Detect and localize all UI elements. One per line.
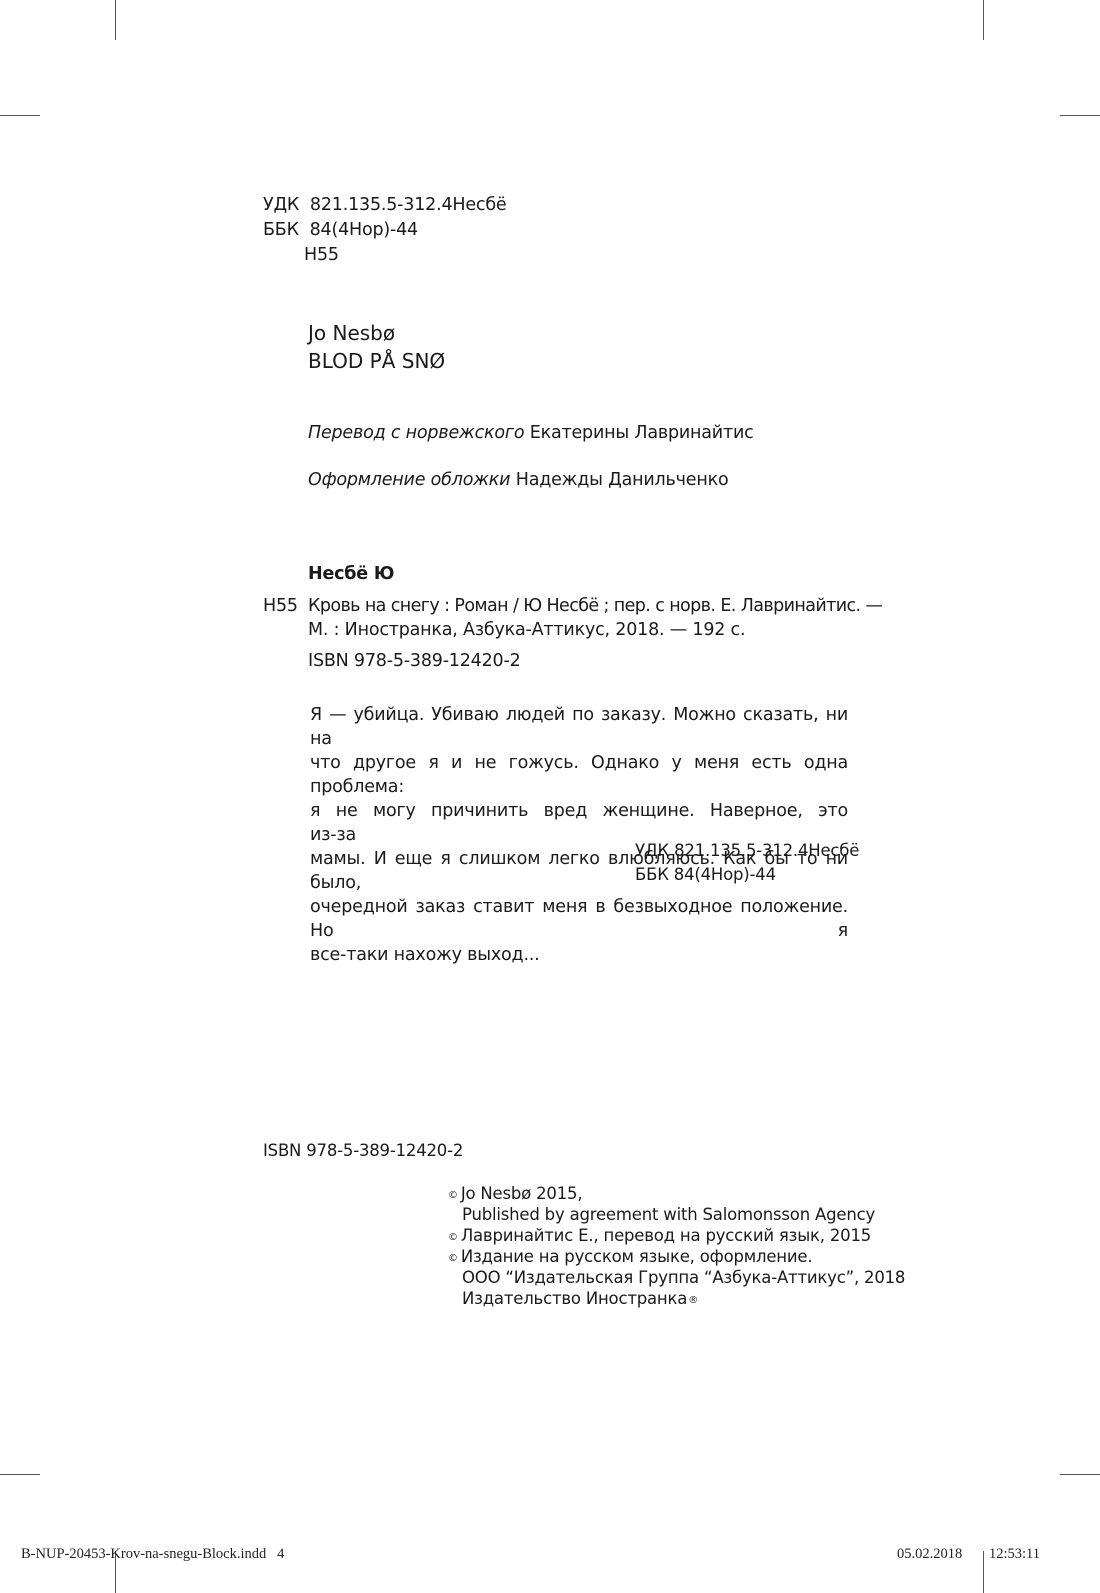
bbk-value: 84(4Нор)-44 xyxy=(310,220,418,240)
annotation-bbk: ББК 84(4Нор)-44 xyxy=(635,863,776,887)
annotation-line: очередной заказ ставит меня в безвыходно… xyxy=(310,895,848,943)
author-mark: Н55 xyxy=(304,243,339,267)
slug-file-name: -Krov-na-snegu-Block.indd xyxy=(106,1546,267,1562)
bbk-line: ББК 84(4Нор)-44 xyxy=(263,218,418,242)
slug-file-prefix: B-NUP-20453 xyxy=(21,1546,106,1562)
slug-file: B-NUP-20453-Krov-na-snegu-Block.indd 4 xyxy=(21,1546,284,1563)
annotation-line: все-таки нахожу выход... xyxy=(310,943,848,967)
bbk-label: ББК xyxy=(263,220,299,240)
catalog-line-1: Кровь на снегу : Роман / Ю Несбё ; пер. … xyxy=(308,594,882,618)
udk-value: 821.135.5-312.4Несбё xyxy=(310,195,507,215)
copyright-block: ©Jo Nesbø 2015, Published by agreement w… xyxy=(448,1183,905,1309)
copyright-publisher-imprint: Издательство Иностранка® xyxy=(448,1288,905,1309)
crop-mark-bottom-right-horizontal xyxy=(1060,1474,1100,1475)
original-author: Jo Nesbø xyxy=(308,319,395,347)
annotation: Я — убийца. Убиваю людей по заказу. Можн… xyxy=(310,703,848,967)
annotation-line: Я — убийца. Убиваю людей по заказу. Можн… xyxy=(310,703,848,751)
crop-mark-top-right-horizontal xyxy=(1060,115,1100,116)
copyright-entry-translation: ©Лавринайтис Е., перевод на русский язык… xyxy=(448,1225,905,1246)
isbn: ISBN 978-5-389-12420-2 xyxy=(263,1139,463,1163)
copyright-agency-line: Published by agreement with Salomonsson … xyxy=(448,1204,905,1225)
translation-label: Перевод с норвежского xyxy=(308,423,524,443)
crop-mark-top-left-vertical xyxy=(115,0,116,40)
copyright-symbol: © xyxy=(448,1190,458,1201)
copyright-symbol: © xyxy=(448,1253,458,1264)
copyright-entry-edition: ©Издание на русском языке, оформление. xyxy=(448,1246,905,1267)
udk-label: УДК xyxy=(263,195,299,215)
crop-mark-bottom-left-horizontal xyxy=(0,1474,40,1475)
udk-line: УДК 821.135.5-312.4Несбё xyxy=(263,193,507,217)
translation-credit: Перевод с норвежского Екатерины Лавринай… xyxy=(308,421,754,445)
crop-mark-bottom-right-vertical xyxy=(983,1551,984,1593)
catalog-isbn: ISBN 978-5-389-12420-2 xyxy=(308,649,521,673)
catalog-mark: Н55 xyxy=(263,594,298,618)
copyright-entry-author: ©Jo Nesbø 2015, xyxy=(448,1183,905,1204)
crop-mark-top-right-vertical xyxy=(983,0,984,40)
catalog-line-2: М. : Иностранка, Азбука-Аттикус, 2018. —… xyxy=(308,618,745,642)
copyright-publisher-group: ООО “Издательская Группа “Азбука-Аттикус… xyxy=(448,1267,905,1288)
slug-time: 12:53:11 xyxy=(989,1546,1040,1563)
crop-mark-top-left-horizontal xyxy=(0,115,40,116)
cover-label: Оформление обложки xyxy=(308,470,510,490)
original-title: BLOD PÅ SNØ xyxy=(308,347,445,375)
registered-mark: ® xyxy=(688,1295,698,1306)
cover-credit: Оформление обложки Надежды Данильченко xyxy=(308,468,728,492)
copyright-symbol: © xyxy=(448,1232,458,1243)
annotation-line: что другое я и не гожусь. Однако у меня … xyxy=(310,751,848,799)
slug-page-number: 4 xyxy=(277,1546,284,1562)
slug-date: 05.02.2018 xyxy=(897,1546,962,1563)
catalog-heading: Несбё Ю xyxy=(308,562,394,586)
translator-name: Екатерины Лавринайтис xyxy=(530,423,754,443)
cover-designer-name: Надежды Данильченко xyxy=(516,470,729,490)
annotation-udk: УДК 821.135.5-312.4Несбё xyxy=(635,839,859,863)
